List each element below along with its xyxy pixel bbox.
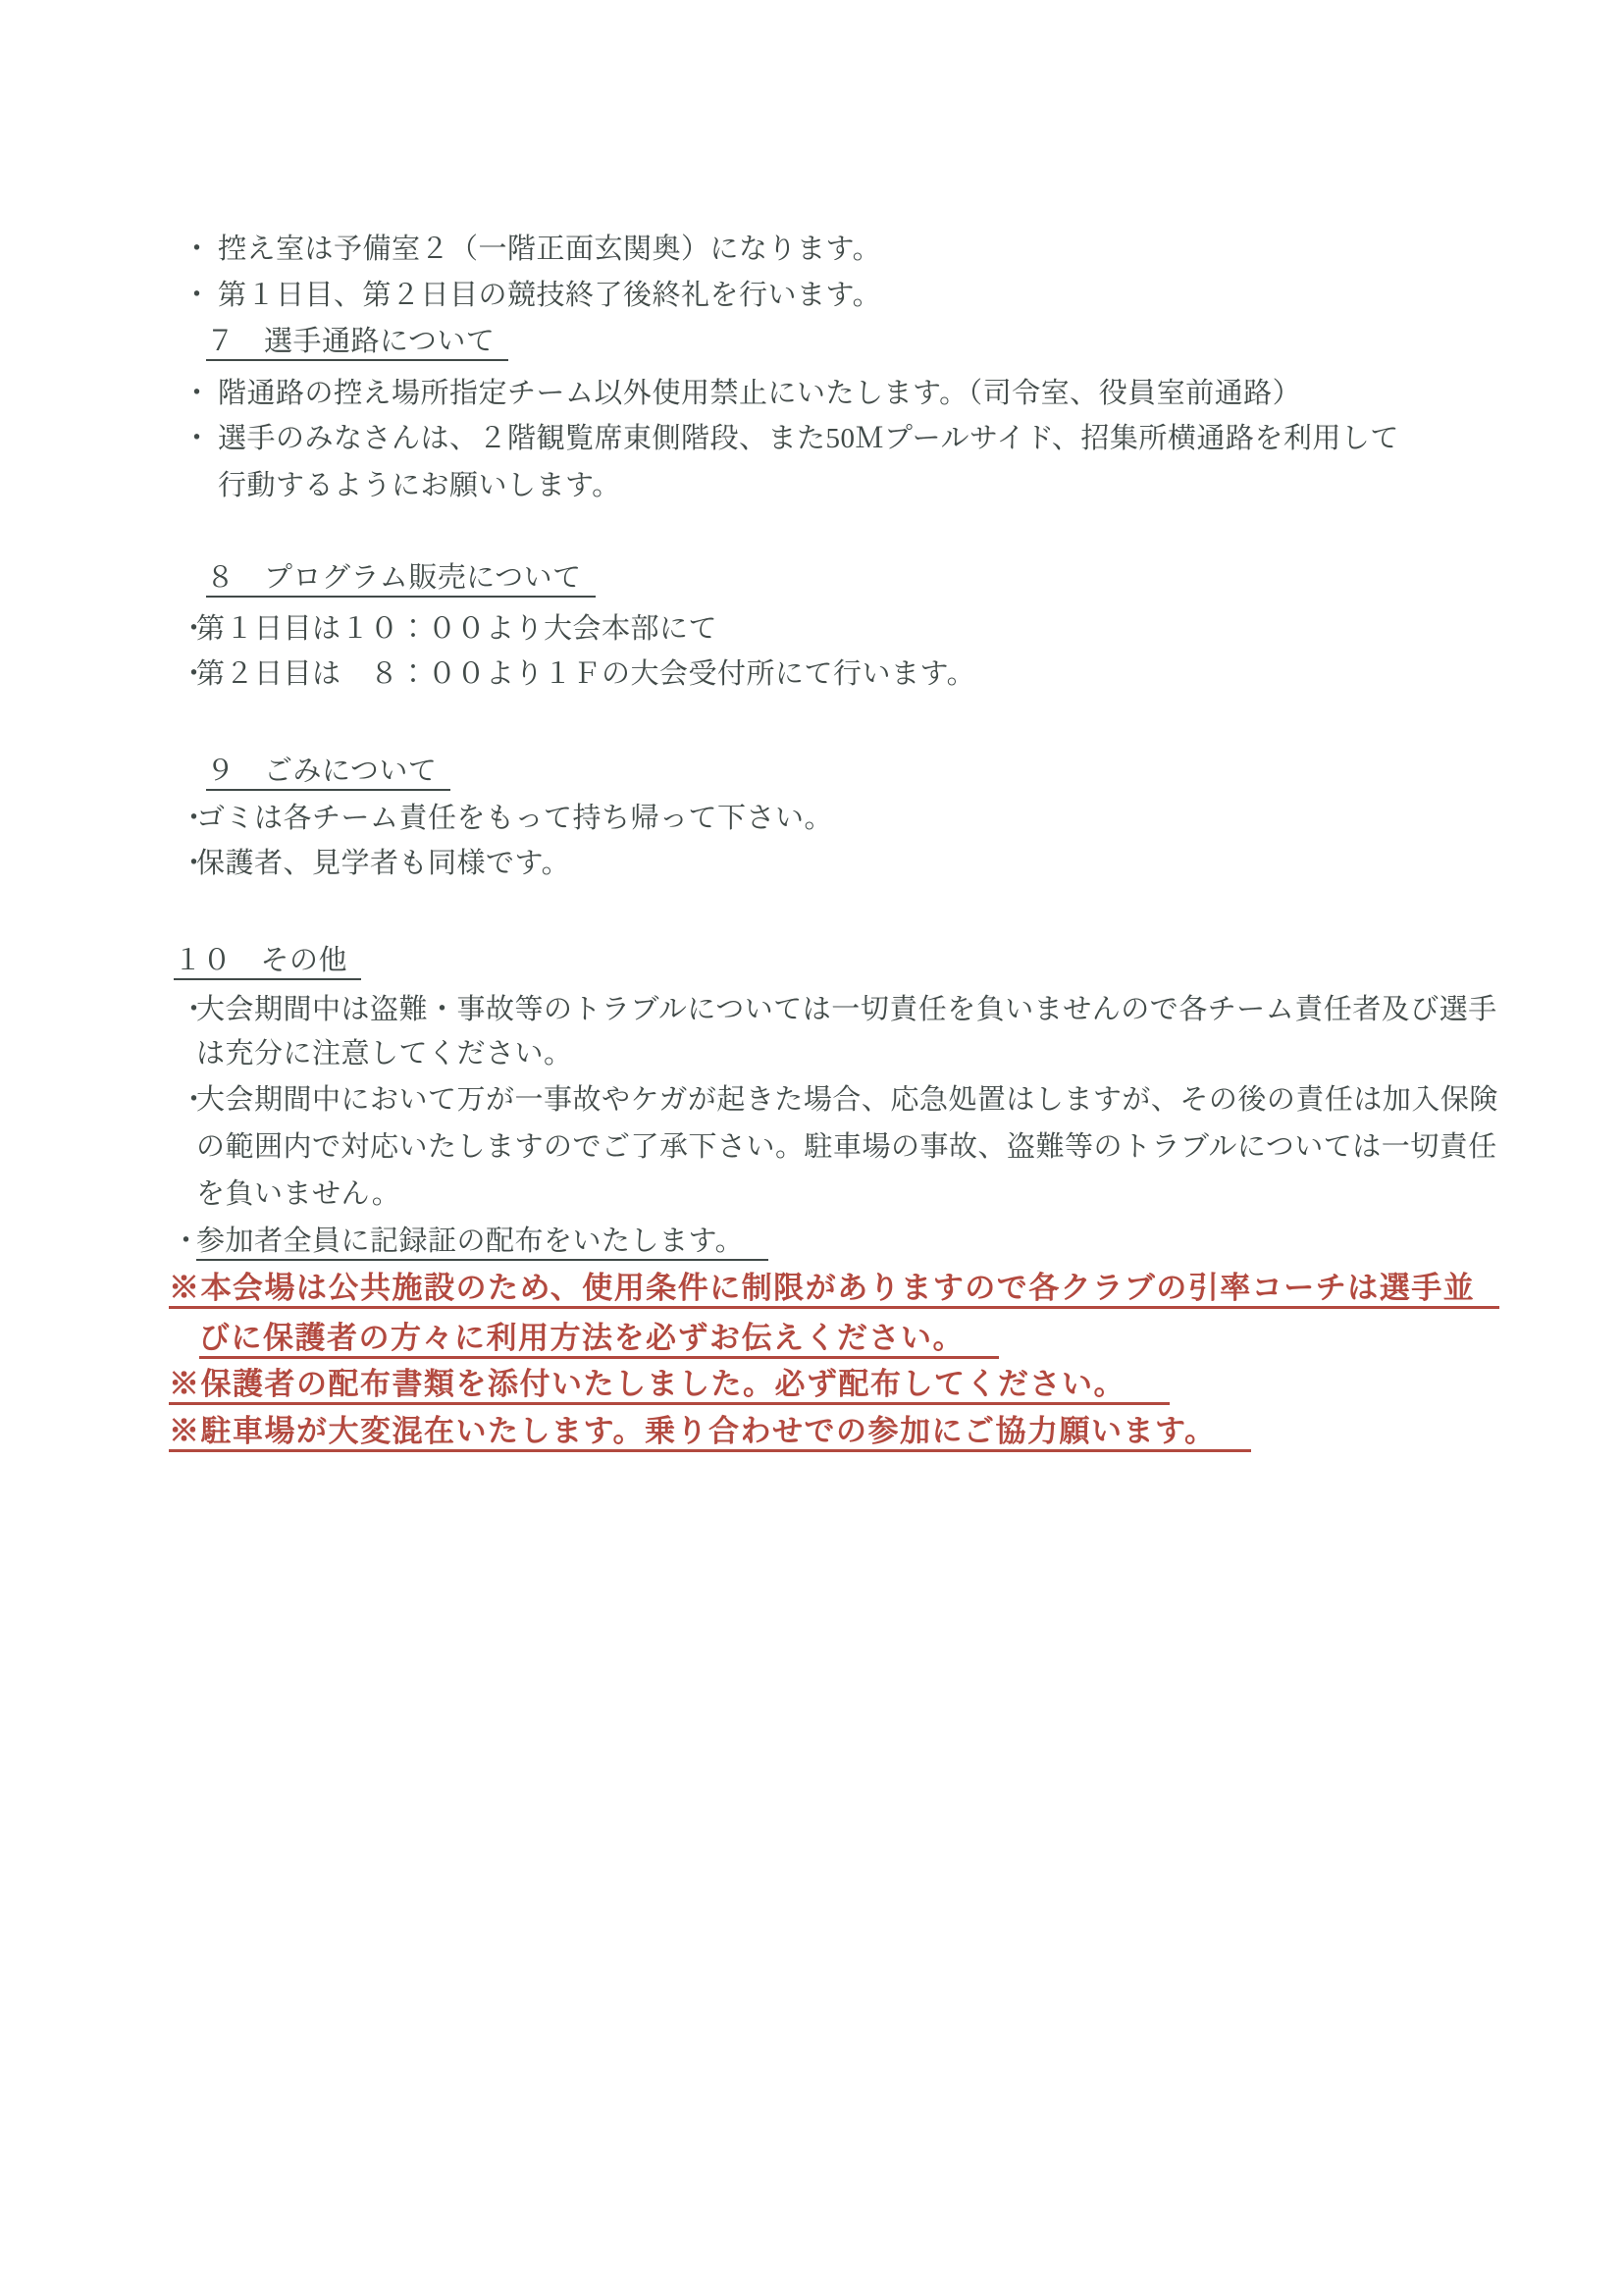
heading-text: ９ ごみについて <box>206 754 450 791</box>
line-text: ゴミは各チーム責任をもって持ち帰って下さい。 <box>196 803 833 834</box>
line-text: 保護者、見学者も同様です。 <box>196 848 570 879</box>
red-note-continuation: びに保護者の方々に利用方法を必ずお伝えください。 <box>199 1320 999 1359</box>
section-heading-10: １０ その他 <box>174 943 361 980</box>
bullet-line: ・ゴミは各チーム責任をもって持ち帰って下さい。 <box>180 801 833 836</box>
bullet-marker: ・ <box>180 801 196 836</box>
bullet-line: ・控え室は予備室２（一階正面玄関奥）になります。 <box>183 232 881 267</box>
line-text: 大会期間中において万が一事故やケガが起きた場合、応急処置はしますが、その後の責任… <box>196 1084 1498 1116</box>
line-text: 控え室は予備室２（一階正面玄関奥）になります。 <box>218 234 881 265</box>
red-note-line: ※本会場は公共施設のため、使用条件に制限がありますので各クラブの引率コーチは選手… <box>169 1270 1499 1309</box>
line-text: 第１日目、第２日目の競技終了後終礼を行います。 <box>218 280 881 311</box>
bullet-line-underlined: ・参加者全員に記録証の配布をいたします。 <box>172 1224 768 1261</box>
bullet-marker: ・ <box>180 611 196 647</box>
bullet-marker: ・ <box>180 846 196 881</box>
line-text: 第１日目は１０：００より大会本部にて <box>196 613 717 645</box>
line-text: 行動するようにお願いします。 <box>218 470 621 501</box>
line-text: 第２日目は ８：００より１Ｆの大会受付所にて行います。 <box>196 658 975 690</box>
line-text: ※保護者の配布書類を添付いたしました。必ず配布してください。 <box>169 1366 1170 1405</box>
line-text: 参加者全員に記録証の配布をいたします。 <box>196 1224 768 1261</box>
bullet-marker: ・ <box>183 232 218 267</box>
section-heading-7: ７ 選手通路について <box>206 324 508 361</box>
bullet-line: ・大会期間中は盗難・事故等のトラブルについては一切責任を負いませんので各チーム責… <box>180 992 1497 1027</box>
bullet-line: ・大会期間中において万が一事故やケガが起きた場合、応急処置はしますが、その後の責… <box>180 1082 1498 1118</box>
line-text: ※本会場は公共施設のため、使用条件に制限がありますので各クラブの引率コーチは選手… <box>169 1270 1499 1309</box>
bullet-line: ・第１日目、第２日目の競技終了後終礼を行います。 <box>183 278 881 313</box>
bullet-marker: ・ <box>180 656 196 692</box>
bullet-line: ・階通路の控え場所指定チーム以外使用禁止にいたします。（司令室、役員室前通路） <box>183 376 1301 411</box>
line-text: を負いません。 <box>196 1178 400 1210</box>
continuation-line: の範囲内で対応いたしますのでご了承下さい。駐車場の事故、盗難等のトラブルについて… <box>196 1129 1497 1165</box>
continuation-line: を負いません。 <box>196 1176 400 1212</box>
bullet-line: ・保護者、見学者も同様です。 <box>180 846 570 881</box>
bullet-marker: ・ <box>180 1082 196 1118</box>
line-text: 階通路の控え場所指定チーム以外使用禁止にいたします。（司令室、役員室前通路） <box>218 378 1301 409</box>
heading-text: １０ その他 <box>174 943 361 980</box>
bullet-marker: ・ <box>183 376 218 411</box>
line-text: は充分に注意してください。 <box>196 1038 573 1070</box>
bullet-marker: ・ <box>180 992 196 1027</box>
bullet-line: ・第２日目は ８：００より１Ｆの大会受付所にて行います。 <box>180 656 975 692</box>
bullet-marker: ・ <box>183 278 218 313</box>
line-text: 選手のみなさんは、２階観覧席東側階段、また50Ｍプールサイド、招集所横通路を利用… <box>218 423 1399 454</box>
heading-text: ７ 選手通路について <box>206 324 508 361</box>
red-note-line: ※駐車場が大変混在いたします。乗り合わせでの参加にご協力願います。 <box>169 1413 1251 1452</box>
section-heading-9: ９ ごみについて <box>206 754 450 791</box>
section-heading-8: ８ プログラム販売について <box>206 560 596 598</box>
document-page: ・控え室は予備室２（一階正面玄関奥）になります。 ・第１日目、第２日目の競技終了… <box>0 0 1623 2296</box>
heading-text: ８ プログラム販売について <box>206 560 596 598</box>
continuation-line: は充分に注意してください。 <box>196 1036 573 1071</box>
line-text: 大会期間中は盗難・事故等のトラブルについては一切責任を負いませんので各チーム責任… <box>196 994 1497 1025</box>
line-text: びに保護者の方々に利用方法を必ずお伝えください。 <box>199 1320 999 1359</box>
bullet-line: ・選手のみなさんは、２階観覧席東側階段、また50Ｍプールサイド、招集所横通路を利… <box>183 421 1399 456</box>
line-text: ※駐車場が大変混在いたします。乗り合わせでの参加にご協力願います。 <box>169 1413 1251 1452</box>
continuation-line: 行動するようにお願いします。 <box>218 468 621 503</box>
red-note-line: ※保護者の配布書類を添付いたしました。必ず配布してください。 <box>169 1366 1170 1405</box>
line-text: の範囲内で対応いたしますのでご了承下さい。駐車場の事故、盗難等のトラブルについて… <box>196 1131 1497 1163</box>
bullet-line: ・第１日目は１０：００より大会本部にて <box>180 611 717 647</box>
bullet-marker: ・ <box>183 421 218 456</box>
bullet-marker: ・ <box>172 1224 196 1259</box>
